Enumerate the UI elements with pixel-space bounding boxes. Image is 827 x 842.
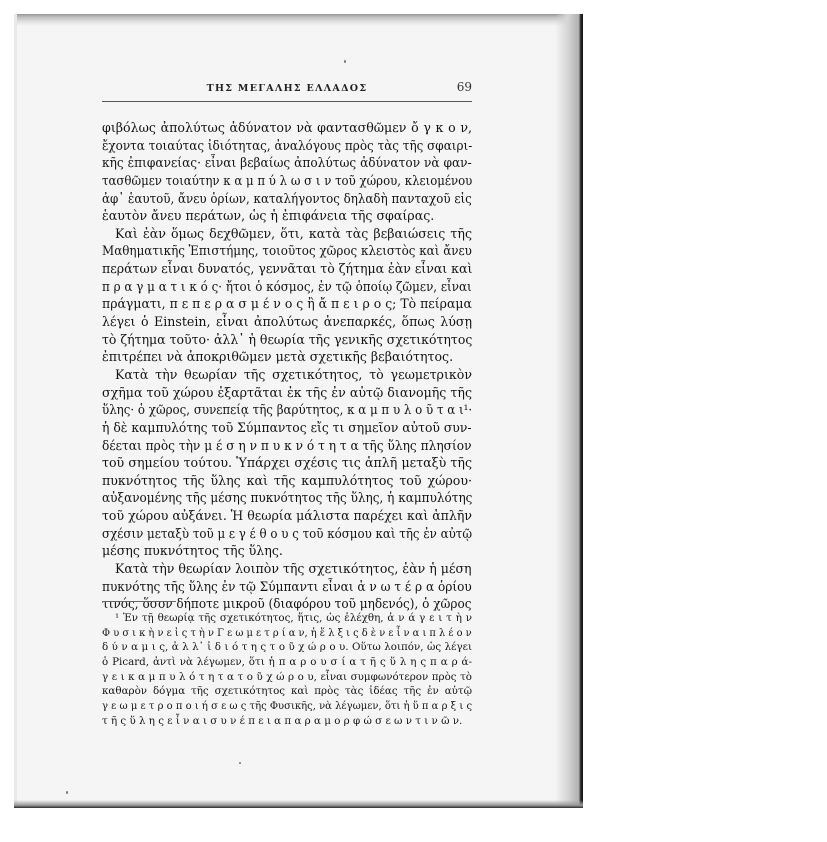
body-line: τασθῶμεν τοιαύτην κ α μ π ύ λ ω σ ι ν το… [102, 172, 447, 190]
footnote-line: Φ υ σ ι κ ὴ ν ε ἰ ς τ ὴ ν Γ ε ω μ ε τ ρ … [102, 626, 456, 641]
footnote-line: ὁ Picard, ἀντὶ νὰ λέγωμεν, ὅτι ἡ π α ρ ο… [102, 655, 472, 670]
footnote-line: γ ε ω μ ε τ ρ ο π ο ι ή σ ε ω ς τῆς Φυσι… [102, 699, 461, 714]
running-title: ΤΗΣ ΜΕΓΑΛΗΣ ΕΛΛΑΔΟΣ [102, 83, 472, 94]
body-line: μέσης πυκνότητος τῆς ὕλης. [102, 542, 472, 560]
body-line: ὕλης· ὁ χῶρος, συνεπείᾳ τῆς βαρύτητος, κ… [102, 401, 449, 419]
page-number: 69 [457, 80, 472, 94]
body-line: ἐπιτρέπει νὰ ἀποκριθῶμεν μετὰ σχετικῆς β… [102, 348, 472, 366]
body-line: πυκνότητος τῆς ὕλης καὶ τῆς καμπυλότητος… [102, 472, 472, 490]
scan-speck [239, 762, 241, 764]
footnote-line: δ ύ ν α μ ι ς, ἀ λ λ᾽ ἰ δ ι ό τ η ς τ ο … [102, 640, 472, 655]
body-line: δέεται πρὸς τὴν μ έ σ η ν π υ κ ν ό τ η … [102, 437, 460, 455]
page-top-shadow [14, 14, 583, 26]
body-line: λέγει ὁ Einstein, εἶναι ἀπολύτως ἀνεπαρκ… [102, 313, 472, 331]
body-line: ἀφ᾽ ἑαυτοῦ, ἄνευ ὁρίων, καταλήγοντος δηλ… [102, 190, 450, 208]
footnote-line: τ ῆ ς ὕ λ η ς ε ἶ ν α ι σ υ ν έ π ε ι α … [102, 714, 472, 729]
footnote-line: καθαρὸν δόγμα τῆς σχετικότητος καὶ πρὸς … [102, 684, 472, 699]
body-line: περάτων εἶναι δυνατός, γεννᾶται τὸ ζήτημ… [102, 260, 470, 278]
header-rule [102, 101, 472, 102]
body-line: τὸ ζήτημα τοῦτο· ἀλλ᾽ ἡ θεωρία τῆς γενικ… [102, 331, 469, 349]
page-left-edge [14, 14, 17, 808]
body-line: φιβόλως ἀπολύτως ἀδύνατον νὰ φαντασθῶμεν… [102, 119, 472, 137]
body-line: αὐξανομένης τῆς μέσης πυκνότητος τῆς ὕλη… [102, 489, 456, 507]
body-line: σχῆμα τοῦ χώρου ἐξαρτᾶται ἐκ τῆς ἐν αὐτῷ… [102, 384, 472, 402]
body-line: ἔχοντα τοιαύτας ἰδιότητας, ἀναλόγους πρὸ… [102, 137, 454, 155]
running-header: ΤΗΣ ΜΕΓΑΛΗΣ ΕΛΛΑΔΟΣ 69 [102, 80, 472, 96]
page-bottom-shadow [14, 800, 583, 808]
body-line: τοῦ χώρου αὐξάνει. Ἡ θεωρία μάλιστα παρέ… [102, 507, 470, 525]
footnote-line: ¹ Ἐν τῇ θεωρίᾳ τῆς σχετικότητος, ἥτις, ὡ… [102, 611, 472, 626]
body-line: ἡ δὲ καμπυλότης τοῦ Σύμπαντος εἴς τι σημ… [102, 419, 465, 437]
body-line: Μαθηματικῆς Ἐπιστήμης, τοιοῦτος χῶρος κλ… [102, 242, 452, 260]
body-line: ἑαυτὸν ἄνευ περάτων, ὡς ἡ ἐπιφάνεια τῆς … [102, 207, 472, 225]
body-line: πράγματι, π ε π ε ρ α σ μ έ ν ο ς ἢ ἄ π … [102, 295, 468, 313]
footnote-line: γ ε ι κ α μ π υ λ ό τ η τ α τ ο ῦ χ ώ ρ … [102, 670, 472, 685]
body-line: κῆς ἐπιφανείας· εἶναι βεβαίως ἀπολύτως ἀ… [102, 154, 459, 172]
body-line: τοῦ σημείου τούτου. Ὑπάρχει σχέσις τις ἁ… [102, 454, 472, 472]
scanned-page: ΤΗΣ ΜΕΓΑΛΗΣ ΕΛΛΑΔΟΣ 69 φιβόλως ἀπολύτως … [14, 14, 583, 808]
body-line: σχέσιν μεταξὺ τοῦ μ ε γ έ θ ο υ ς τοῦ κό… [102, 525, 449, 543]
body-line: π ρ α γ μ α τ ι κ ό ς· ἤτοι ὁ κόσμος, ἐν… [102, 278, 452, 296]
page-right-shadow [555, 14, 583, 808]
body-line: πυκνότης τῆς ὕλης ἐν τῷ Σύμπαντι εἶναι ἀ… [102, 578, 458, 596]
scan-speck [66, 791, 68, 794]
body-text: φιβόλως ἀπολύτως ἀδύνατον νὰ φαντασθῶμεν… [102, 119, 472, 613]
footnote: ¹ Ἐν τῇ θεωρίᾳ τῆς σχετικότητος, ἥτις, ὡ… [102, 611, 472, 729]
body-line: Κατὰ τὴν θεωρίαν τῆς σχετικότητος, τὸ γε… [102, 366, 472, 384]
scan-speck [344, 60, 346, 63]
body-line: Κατὰ τὴν θεωρίαν λοιπὸν τῆς σχετικότητος… [102, 560, 471, 578]
body-line: Καὶ ἐὰν ὅμως δεχθῶμεν, ὅτι, κατὰ τὰς βεβ… [102, 225, 472, 243]
footnote-rule [102, 601, 176, 602]
